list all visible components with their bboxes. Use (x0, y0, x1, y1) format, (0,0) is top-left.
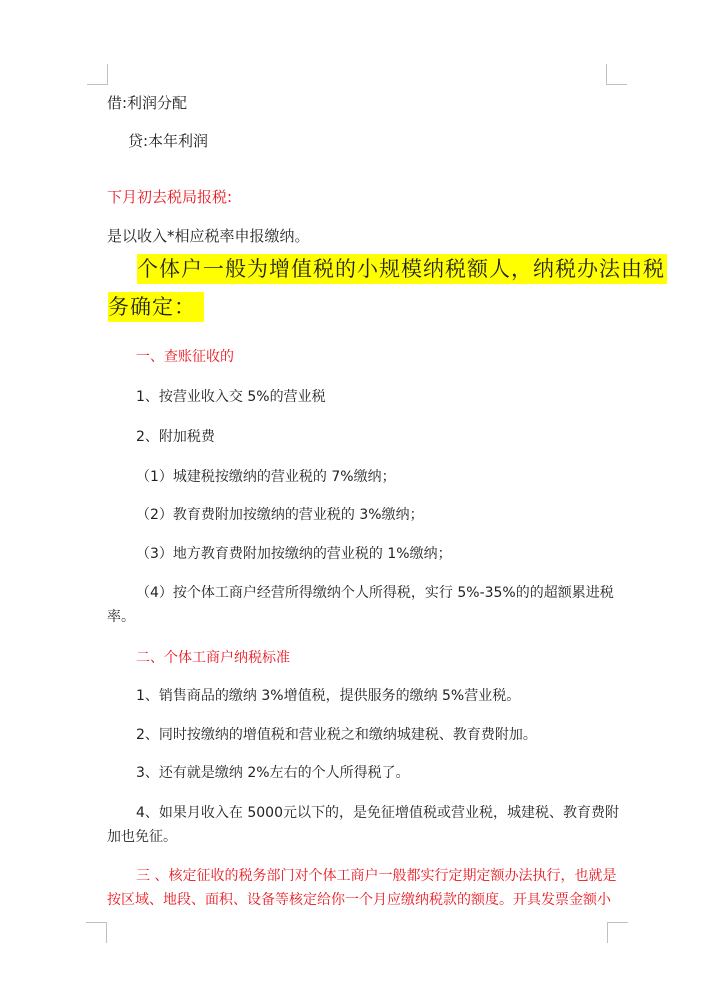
section-1-item-1: 1、按营业收入交 5%的营业税 (136, 387, 326, 407)
tax-method-text: 是以收入*相应税率申报缴纳。 (107, 226, 310, 246)
section-3-line-2: 按区域、地段、面积、设备等核定给你一个月应缴纳税款的额度。开具发票金额小 (107, 890, 611, 910)
section-1-sub-4-line-1: （4）按个体工商户经营所得缴纳个人所得税，实行 5%-35%的的超额累进税 (136, 583, 614, 603)
section-1-sub-3: （3）地方教育费附加按缴纳的营业税的 1%缴纳； (136, 544, 452, 564)
section-1-item-2: 2、附加税费 (136, 427, 215, 447)
page-corner-mark-top-right (606, 64, 627, 85)
section-2-item-3: 3、还有就是缴纳 2%左右的个人所得税了。 (136, 763, 410, 783)
section-1-sub-1: （1）城建税按缴纳的营业税的 7%缴纳； (136, 467, 396, 487)
tax-heading: 下月初去税局报税: (107, 187, 232, 207)
page-corner-mark-bottom-right (607, 922, 628, 943)
highlighted-text-line-2: 务确定： (108, 292, 204, 322)
section-2-title: 二、个体工商户纳税标准 (136, 648, 290, 668)
section-1-sub-4-line-2: 率。 (107, 607, 135, 627)
section-2-item-4-line-1: 4、如果月收入在 5000元以下的，是免征增值税或营业税，城建税、教育费附 (136, 803, 619, 823)
highlighted-text-line-1: 个体户一般为增值税的小规模纳税额人，纳税办法由税 (137, 254, 667, 284)
section-2-item-1: 1、销售商品的缴纳 3%增值税，提供服务的缴纳 5%营业税。 (136, 686, 520, 706)
section-3-line-1: 三 、核定征收的税务部门对个体工商户一般都实行定期定额办法执行，也就是 (136, 866, 616, 886)
section-1-sub-2: （2）教育费附加按缴纳的营业税的 3%缴纳； (136, 505, 424, 525)
page-corner-mark-bottom-left (86, 922, 107, 943)
debit-line: 借:利润分配 (107, 93, 187, 113)
section-1-title: 一、查账征收的 (136, 347, 234, 367)
section-2-item-2: 2、同时按缴纳的增值税和营业税之和缴纳城建税、教育费附加。 (136, 725, 537, 745)
credit-line: 贷:本年利润 (128, 131, 208, 151)
page-corner-mark-top-left (87, 64, 108, 85)
section-2-item-4-line-2: 加也免征。 (107, 827, 177, 847)
